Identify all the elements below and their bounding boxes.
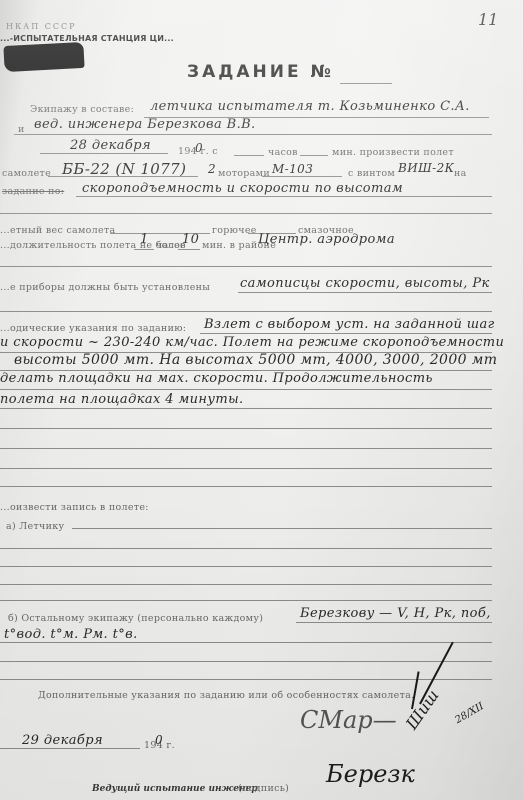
purpose-label: задание по: — [2, 186, 64, 197]
page-number: 11 — [478, 10, 498, 29]
instructions-line-1: Взлет с выбором уст. на заданной шаг — [204, 317, 495, 332]
on-label: на — [454, 168, 467, 179]
pilot-label: а) Летчику — [6, 521, 64, 532]
duration-hours: 1 — [140, 232, 149, 247]
weight-label: ...етный вес самолета — [0, 225, 115, 236]
crew-rest-value-1: Березкову — V, H, Pк, nоб, — [300, 606, 491, 621]
redaction-mark — [3, 42, 84, 72]
footer-date-value: 29 декабря — [22, 733, 103, 748]
additional-label: Дополнительные указания по заданию или о… — [38, 690, 414, 701]
instructions-line-4: делать площадки на мах. скорости. Продол… — [0, 371, 433, 386]
station-name: ...-ИСПЫТАТЕЛЬНАЯ СТАНЦИЯ ЦИ... — [0, 34, 174, 43]
crew-rest-value-2: t°вод. t°м. Pм. t°в. — [4, 627, 138, 642]
instructions-label: ...одические указания по заданию: — [0, 323, 186, 334]
assignment-number-line — [340, 83, 392, 84]
instruments-value: самописцы скорости, высоты, Pк — [240, 276, 490, 291]
hours-label: часов — [268, 147, 298, 158]
engines-label: моторами — [218, 168, 270, 179]
crew-value-2: вед. инженера Березкова В.В. — [34, 117, 256, 132]
crew-label: Экипажу в составе: — [30, 104, 134, 115]
instructions-line-2: и скорости ~ 230-240 км/час. Полет на ре… — [0, 335, 504, 350]
engineer-label: Ведущий испытание инженер — [92, 784, 258, 794]
approval-date: 28/XII — [453, 701, 485, 726]
date-value: 28 декабря — [70, 138, 151, 153]
purpose-value: скороподъемность и скорости по высотам — [82, 181, 403, 196]
organization-name: НКАП СССР — [6, 22, 77, 31]
instructions-line-3: высоты 5000 мт. На высотах 5000 мт, 4000… — [14, 352, 498, 368]
aircraft-label: самолете — [2, 168, 51, 179]
footer-year-value: 0 — [155, 733, 163, 747]
propeller-label: с винтом — [348, 168, 395, 179]
crew-value-1: летчика испытателя т. Козьминенко С.А. — [150, 99, 470, 114]
document-title: ЗАДАНИЕ № — [187, 62, 334, 82]
record-label: ...оизвести запись в полете: — [0, 502, 149, 513]
crew-rest-label: б) Остальному экипажу (персонально каждо… — [8, 613, 263, 624]
instruments-label: ...е приборы должны быть установлены — [0, 282, 210, 293]
engines-count: 2 — [208, 162, 216, 176]
signature-label: (подпись) — [238, 783, 289, 794]
engines-value: М-103 — [272, 162, 313, 176]
signature-1: СМар— — [300, 706, 397, 734]
area-value: Центр. аэродрома — [258, 232, 395, 247]
minutes-label: мин. произвести полет — [332, 147, 454, 158]
instructions-line-5: полета на площадках 4 минуты. — [0, 392, 244, 407]
engineer-signature: Березк — [326, 760, 415, 788]
flight-assignment-document: НКАП СССР ...-ИСПЫТАТЕЛЬНАЯ СТАНЦИЯ ЦИ..… — [0, 0, 523, 800]
duration-minutes: 10 — [182, 232, 199, 247]
year-value: 0 — [195, 141, 203, 155]
fuel-label: горючее — [212, 225, 257, 236]
propeller-value: ВИШ-2К — [398, 161, 454, 175]
